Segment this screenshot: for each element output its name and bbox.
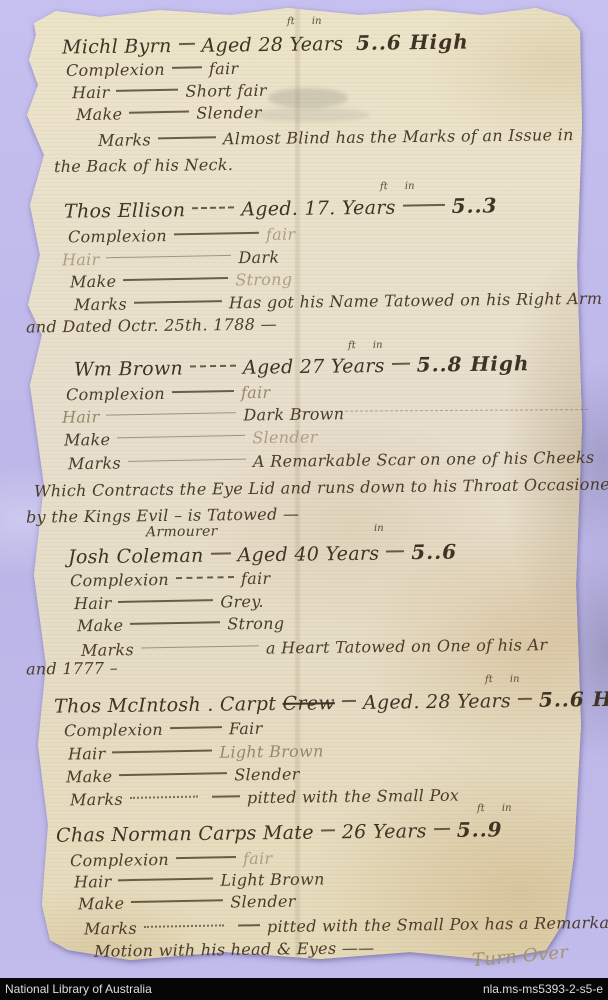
person-age: 26 Years	[342, 820, 427, 843]
field-label: Marks	[84, 919, 137, 939]
field-value: fair	[243, 849, 273, 868]
entry-name-line: Michl ByrnAged 28 Years 5..6 High	[62, 30, 469, 59]
dash-rule	[386, 550, 404, 552]
person-height: 5..3	[452, 193, 498, 218]
field-label: Hair	[62, 407, 100, 426]
field-value: Grey.	[220, 592, 264, 612]
marks-continuation: and 1777 –	[26, 658, 118, 678]
person-name: Wm Brown	[74, 357, 183, 380]
dash-rule	[192, 206, 234, 209]
dash-rule	[130, 795, 198, 798]
field-value: a Heart Tatowed on One of his Ar	[266, 635, 548, 657]
field-label: Make	[77, 616, 124, 636]
field-label: Marks	[70, 790, 123, 810]
field-row: MakeSlender	[66, 765, 300, 787]
field-label: Make	[64, 430, 111, 450]
dash-rule	[172, 66, 202, 69]
dash-rule	[392, 363, 410, 365]
scanned-manuscript-viewer: ft in Michl ByrnAged 28 Years 5..6 High …	[0, 0, 608, 1000]
role-annotation: Armourer	[146, 524, 218, 541]
field-row: HairLight Brown	[68, 741, 324, 763]
height-units: ft in	[485, 674, 520, 685]
pencil-smudge	[250, 108, 370, 122]
field-row: Complexionfair	[66, 59, 239, 80]
field-value: Slender	[196, 103, 262, 123]
dash-rule	[116, 88, 178, 91]
field-value: Slender	[252, 427, 318, 447]
person-age: Aged 28 Years	[201, 33, 343, 57]
person-height: 5..8 High	[417, 351, 530, 376]
dash-rule	[179, 43, 195, 45]
marks-continuation: Motion with his head & Eyes ——	[94, 938, 375, 960]
dash-rule	[170, 726, 222, 729]
field-label: Complexion	[66, 384, 165, 404]
field-value: Dark Brown	[243, 404, 344, 424]
height-units: ft in	[477, 803, 512, 814]
field-row: ComplexionFair	[64, 719, 263, 740]
field-row: HairGrey.	[74, 592, 264, 613]
field-value: fair	[241, 383, 271, 402]
person-name: Josh Coleman	[68, 545, 204, 569]
person-name: Michl Byrn	[62, 35, 172, 58]
dash-rule	[342, 700, 356, 702]
dash-rule	[106, 255, 231, 258]
person-height: 5..6	[411, 540, 457, 565]
field-row: MakeSlender	[64, 427, 318, 449]
dash-rule	[118, 599, 213, 603]
dash-rule	[403, 204, 445, 207]
dash-rule	[144, 924, 224, 928]
dash-rule	[211, 552, 231, 554]
field-label: Complexion	[66, 60, 165, 80]
dash-rule	[129, 110, 189, 113]
dash-rule	[130, 621, 220, 625]
field-label: Hair	[68, 744, 106, 763]
field-value: fair	[266, 225, 296, 244]
height-units: ft in	[380, 181, 415, 192]
caption-bar: National Library of Australia nla.ms-ms5…	[0, 978, 608, 1000]
dash-rule	[106, 412, 236, 415]
manuscript-id-label: nla.ms-ms5393-2-s5-e	[483, 982, 603, 996]
field-label: Marks	[98, 130, 151, 150]
dash-rule	[112, 749, 212, 753]
dash-rule	[176, 855, 236, 858]
entry-name-line: Josh ColemanAged 40 Years5..6	[68, 540, 457, 569]
person-name: Thos McIntosh . Carpt	[54, 693, 276, 718]
field-row: Complexionfair	[70, 569, 271, 590]
field-row: HairDark Brown	[62, 404, 345, 426]
height-units: ft in	[287, 16, 322, 27]
field-label: Hair	[74, 594, 112, 613]
field-label: Complexion	[64, 720, 163, 740]
field-row: MakeSlender	[76, 103, 262, 124]
field-value: fair	[241, 569, 271, 588]
field-label: Marks	[68, 454, 121, 474]
field-value: pitted with the Small Pox	[247, 786, 459, 808]
field-label: Complexion	[70, 850, 169, 870]
field-label: Make	[70, 272, 117, 292]
field-label: Complexion	[70, 570, 169, 590]
field-value: Fair	[229, 719, 263, 738]
dash-rule	[434, 828, 450, 830]
field-row: Complexionfair	[68, 225, 296, 247]
person-age: Aged. 28 Years	[363, 690, 511, 714]
field-value: Light Brown	[219, 741, 323, 761]
person-height: 5..9	[457, 817, 503, 842]
person-role: Carps Mate	[198, 822, 314, 845]
person-height: 5..6 High	[539, 686, 608, 711]
dash-rule	[174, 231, 259, 235]
marks-continuation: and Dated Octr. 25th. 1788 —	[26, 314, 277, 336]
dash-rule	[172, 389, 234, 392]
field-row: MakeSlender	[78, 892, 296, 914]
person-age: Aged. 17. Years	[241, 197, 396, 221]
dash-rule	[141, 645, 259, 648]
dash-rule	[238, 924, 260, 926]
dash-rule	[119, 772, 227, 776]
field-row: HairDark	[62, 248, 280, 270]
dash-rule	[190, 365, 236, 368]
field-row: MakeStrong	[77, 614, 285, 636]
dash-rule	[128, 459, 246, 462]
field-label: Hair	[62, 250, 100, 269]
library-name-label: National Library of Australia	[5, 982, 152, 996]
field-label: Make	[76, 105, 123, 125]
field-value: Dark	[238, 248, 279, 267]
field-value: Strong	[235, 270, 292, 290]
field-value: Short fair	[185, 81, 267, 101]
field-value: fair	[209, 59, 239, 78]
field-label: Marks	[81, 640, 134, 660]
person-age: Aged 40 Years	[237, 543, 379, 567]
field-row: Complexionfair	[66, 383, 271, 404]
field-row: MakeStrong	[70, 270, 293, 292]
field-label: Make	[66, 767, 113, 787]
field-row: HairShort fair	[72, 81, 267, 102]
field-label: Hair	[74, 872, 112, 891]
pencil-smudge	[268, 88, 348, 108]
field-value: Slender	[234, 765, 300, 785]
field-label: Make	[78, 894, 125, 914]
dash-rule	[212, 795, 240, 798]
height-units: ft in	[348, 340, 383, 351]
person-age: Aged 27 Years	[243, 355, 385, 379]
field-value: Slender	[230, 892, 296, 912]
field-value: Strong	[227, 614, 284, 634]
field-label: Complexion	[68, 226, 167, 246]
height-units: in	[374, 523, 384, 534]
person-height: 5..6 High	[356, 30, 469, 55]
field-value: Light Brown	[220, 869, 324, 889]
field-label: Hair	[72, 83, 110, 102]
dash-rule	[123, 277, 228, 281]
field-label: Marks	[74, 295, 127, 315]
dash-rule	[118, 877, 213, 881]
struck-role: Crew	[282, 692, 335, 715]
dash-rule	[518, 698, 532, 700]
dash-rule	[176, 576, 234, 579]
marks-continuation: the Back of his Neck.	[54, 155, 233, 176]
dash-rule	[134, 300, 222, 304]
dash-rule	[158, 136, 216, 139]
dash-rule	[321, 829, 335, 831]
dash-rule	[131, 899, 223, 903]
field-row: Complexionfair	[70, 849, 273, 870]
person-name: Thos Ellison	[64, 199, 186, 222]
field-row: HairLight Brown	[74, 869, 325, 891]
dash-rule	[117, 435, 245, 438]
continuation-text: Motion with his head & Eyes ——	[94, 938, 375, 960]
person-name: Chas Norman	[56, 823, 192, 847]
